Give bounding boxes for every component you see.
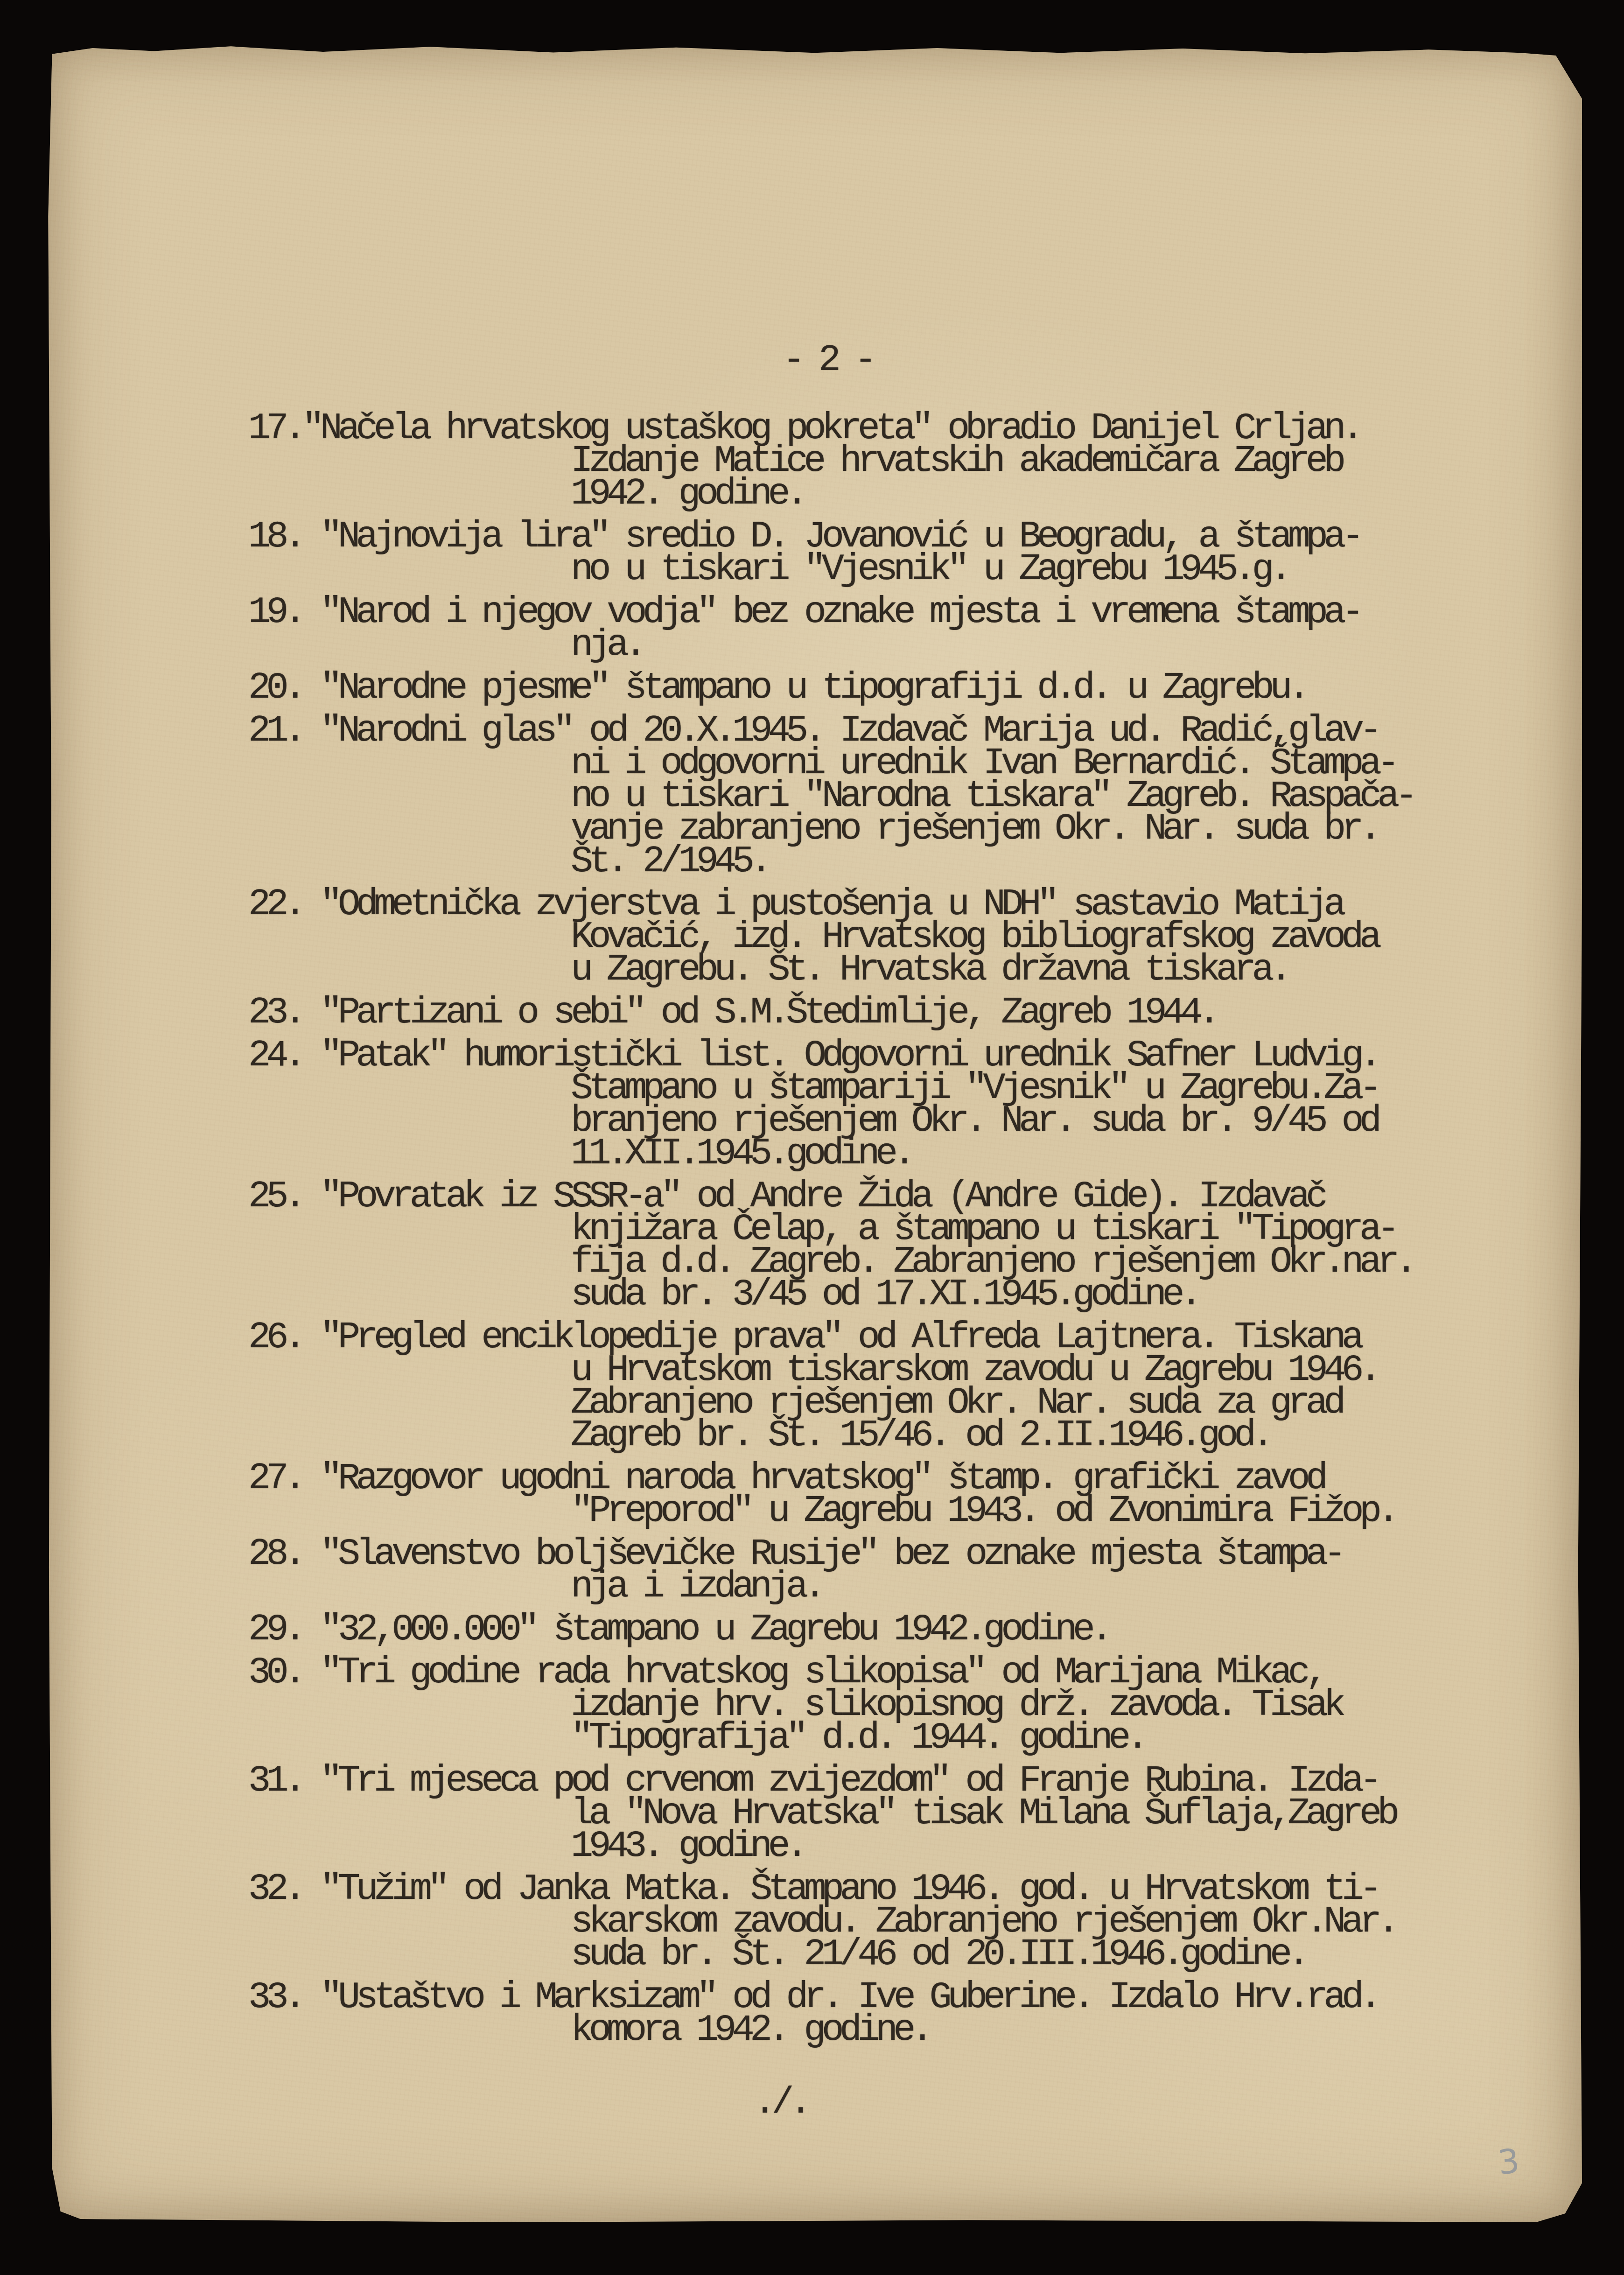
- list-item: 23. "Partizani o sebi" od S.M.Štedimlije…: [248, 997, 1471, 1029]
- paper-sheet: - 2 - 17."Načela hrvatskog ustaškog pokr…: [47, 42, 1582, 2222]
- list-item: 22. "Odmetnička zvjerstva i pustošenja u…: [248, 889, 1471, 987]
- list-item: 24. "Patak" humoristički list. Odgovorni…: [248, 1040, 1471, 1170]
- list-item: 28. "Slavenstvo boljševičke Rusije" bez …: [248, 1538, 1471, 1603]
- footer-mark: ./.: [754, 2087, 807, 2120]
- list-item: 32. "Tužim" od Janka Matka. Štampano 194…: [248, 1873, 1471, 1971]
- scan-background: { "document": { "page_number": "- 2 -", …: [0, 0, 1624, 2275]
- list-item: 27. "Razgovor ugodni naroda hrvatskog" š…: [248, 1463, 1471, 1528]
- list-item: 18. "Najnovija lira" sredio D. Jovanović…: [248, 521, 1471, 586]
- list-item: 19. "Narod i njegov vodja" bez oznake mj…: [248, 596, 1471, 662]
- list-item: 20. "Narodne pjesme" štampano u tipograf…: [248, 672, 1471, 705]
- pencil-annotation: 3: [1496, 2141, 1521, 2182]
- list-item: 21. "Narodni glas" od 20.X.1945. Izdavač…: [248, 715, 1471, 878]
- list-item: 31. "Tri mjeseca pod crvenom zvijezdom" …: [248, 1765, 1471, 1863]
- list-item: 26. "Pregled enciklopedije prava" od Alf…: [248, 1322, 1471, 1452]
- list-item: 25. "Povratak iz SSSR-a" od Andre Žida (…: [248, 1181, 1471, 1311]
- list-item: 17."Načela hrvatskog ustaškog pokreta" o…: [248, 413, 1471, 511]
- list-item: 29. "32,000.000" štampano u Zagrebu 1942…: [248, 1614, 1471, 1646]
- list-item: 30. "Tri godine rada hrvatskog slikopisa…: [248, 1657, 1471, 1755]
- entry-list: 17."Načela hrvatskog ustaškog pokreta" o…: [248, 413, 1471, 2057]
- page-number: - 2 -: [783, 344, 872, 377]
- list-item: 33. "Ustaštvo i Marksizam" od dr. Ive Gu…: [248, 1981, 1471, 2047]
